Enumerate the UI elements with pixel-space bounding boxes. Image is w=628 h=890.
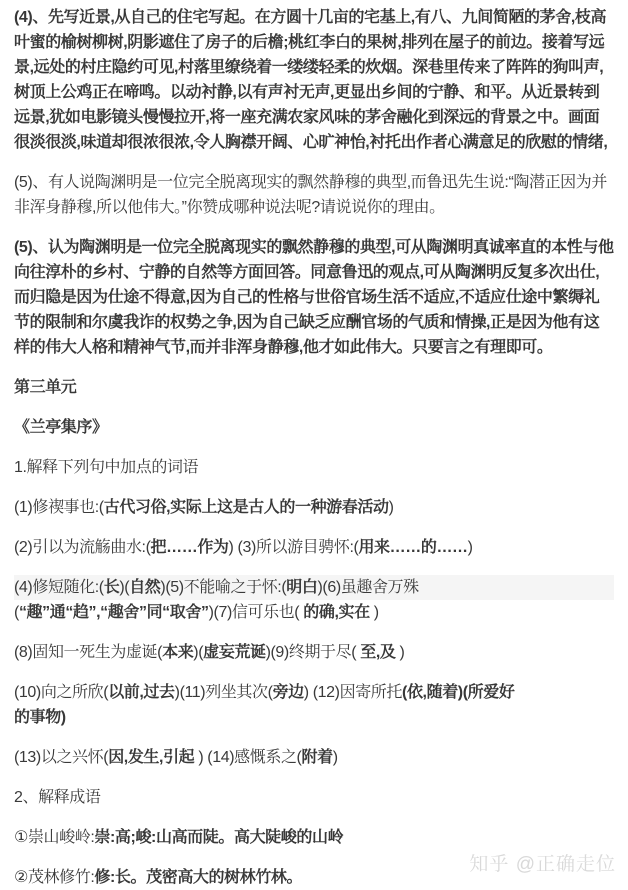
bold-text-run: 长 — [104, 579, 120, 596]
text-run: ) (14)感慨系之( — [194, 749, 301, 766]
text-run: ②茂林修竹: — [14, 869, 94, 886]
text-run: ) — [333, 749, 338, 766]
bold-text-run: 至,及 — [360, 644, 395, 661]
text-run: (10)向之所欣( — [14, 684, 108, 701]
bold-text-run: 附着 — [301, 749, 332, 766]
bold-text-run: 虚妄荒诞 — [203, 644, 265, 661]
text-run: ) — [395, 644, 404, 661]
question-1: 1.解释下列句中加点的词语 — [14, 455, 614, 480]
heading-lantingjixu: 《兰亭集序》 — [14, 415, 614, 440]
zhihu-watermark: 知乎 @正确走位 — [469, 849, 616, 876]
question-2: 2、解释成语 — [14, 785, 614, 810]
bold-text-run: 本来 — [162, 644, 193, 661]
text-run: ) (3)所以游目骋怀:( — [229, 539, 359, 556]
bold-text-run: 的事物) — [14, 709, 66, 726]
text-run: (1)修禊事也:( — [14, 499, 104, 516]
text-run: (5)、有人说陶渊明是一位完全脱离现实的飘然静穆的典型,而鲁迅先生说:“陶潜正因… — [14, 174, 607, 216]
question-paragraph-5: (5)、有人说陶渊明是一位完全脱离现实的飘然静穆的典型,而鲁迅先生说:“陶潜正因… — [14, 170, 614, 220]
item-1: (1)修禊事也:(古代习俗,实际上这是古人的一种游春活动) — [14, 495, 614, 520]
text-run: )(5)不能喻之于怀:( — [160, 579, 286, 596]
text-run: (4)修短随化:( — [14, 579, 104, 596]
text-run: 2、解释成语 — [14, 789, 101, 806]
bold-text-run: 旁边 — [273, 684, 304, 701]
bold-text-run: 以前,过去 — [108, 684, 174, 701]
bold-text-run: 的确,实在 — [303, 604, 369, 621]
item-8-9: (8)固知一死生为虚诞(本来)(虚妄荒诞)(9)终期于尽( 至,及 ) — [14, 640, 614, 665]
bold-text-run: “趣”通“趋”,“趣舍”同“取舍” — [19, 604, 209, 621]
text-run: )(6)虽趣舍万殊 — [317, 579, 418, 596]
bold-text-run: 把……作为 — [151, 539, 229, 556]
text-run: )(9)终期于尽( — [266, 644, 361, 661]
item-13-14: (13)以之兴怀(因,发生,引起 ) (14)感慨系之(附着) — [14, 745, 614, 770]
heading-unit-3: 第三单元 — [14, 375, 614, 400]
bold-text-run: 因,发生,引起 — [108, 749, 194, 766]
text-run: )( — [119, 579, 129, 596]
text-run: ) — [370, 604, 379, 621]
answer-paragraph-4: (4)、先写近景,从自己的住宅写起。在方圆十几亩的宅基上,有八、九间简陋的茅舍,… — [14, 5, 614, 155]
document: (4)、先写近景,从自己的住宅写起。在方圆十几亩的宅基上,有八、九间简陋的茅舍,… — [0, 0, 628, 890]
text-run: ) — [389, 499, 394, 516]
idiom-1: ①崇山峻岭:崇:高;峻:山高而陡。高大陡峻的山岭 — [14, 825, 614, 850]
bold-text-run: (4)、先写近景,从自己的住宅写起。在方圆十几亩的宅基上,有八、九间简陋的茅舍,… — [14, 9, 607, 151]
bold-text-run: 自然 — [129, 579, 160, 596]
bold-text-run: 用来……的…… — [358, 539, 467, 556]
text-run: (8)固知一死生为虚诞( — [14, 644, 162, 661]
item-10-12: (10)向之所欣(以前,过去)(11)列坐其次(旁边) (12)因寄所托(依,随… — [14, 680, 614, 705]
item-12-cont: 的事物) — [14, 705, 614, 730]
bold-text-run: 崇:高;峻:山高而陡。高大陡峻的山岭 — [94, 829, 343, 846]
text-run: )(11)列坐其次( — [175, 684, 273, 701]
bold-text-run: 古代习俗,实际上这是古人的一种游春活动 — [104, 499, 389, 516]
text-run: )( — [193, 644, 203, 661]
bold-text-run: 明白 — [286, 579, 317, 596]
text-run: 1.解释下列句中加点的词语 — [14, 459, 198, 476]
bold-text-run: 第三单元 — [14, 379, 76, 396]
text-run: ) (12)因寄所托 — [304, 684, 402, 701]
item-2-3: (2)引以为流觞曲水:(把……作为) (3)所以游目骋怀:(用来……的……) — [14, 535, 614, 560]
item-4-6: (4)修短随化:(长)(自然)(5)不能喻之于怀:(明白)(6)虽趣舍万殊 — [14, 575, 614, 600]
text-run: (2)引以为流觞曲水:( — [14, 539, 151, 556]
item-7: (“趣”通“趋”,“趣舍”同“取舍”)(7)信可乐也( 的确,实在 ) — [14, 600, 614, 625]
text-run: (13)以之兴怀( — [14, 749, 108, 766]
bold-text-run: (5)、认为陶渊明是一位完全脱离现实的飘然静穆的典型,可从陶渊明真诚率直的本性与… — [14, 239, 614, 356]
text-run: ) — [468, 539, 473, 556]
text-run: )(7)信可乐也( — [209, 604, 304, 621]
bold-text-run: (依,随着)(所爱好 — [402, 684, 514, 701]
bold-text-run: 《兰亭集序》 — [14, 419, 108, 436]
bold-text-run: 修:长。茂密高大的树林竹林。 — [94, 869, 302, 886]
text-run: ①崇山峻岭: — [14, 829, 94, 846]
answer-paragraph-5: (5)、认为陶渊明是一位完全脱离现实的飘然静穆的典型,可从陶渊明真诚率直的本性与… — [14, 235, 614, 360]
